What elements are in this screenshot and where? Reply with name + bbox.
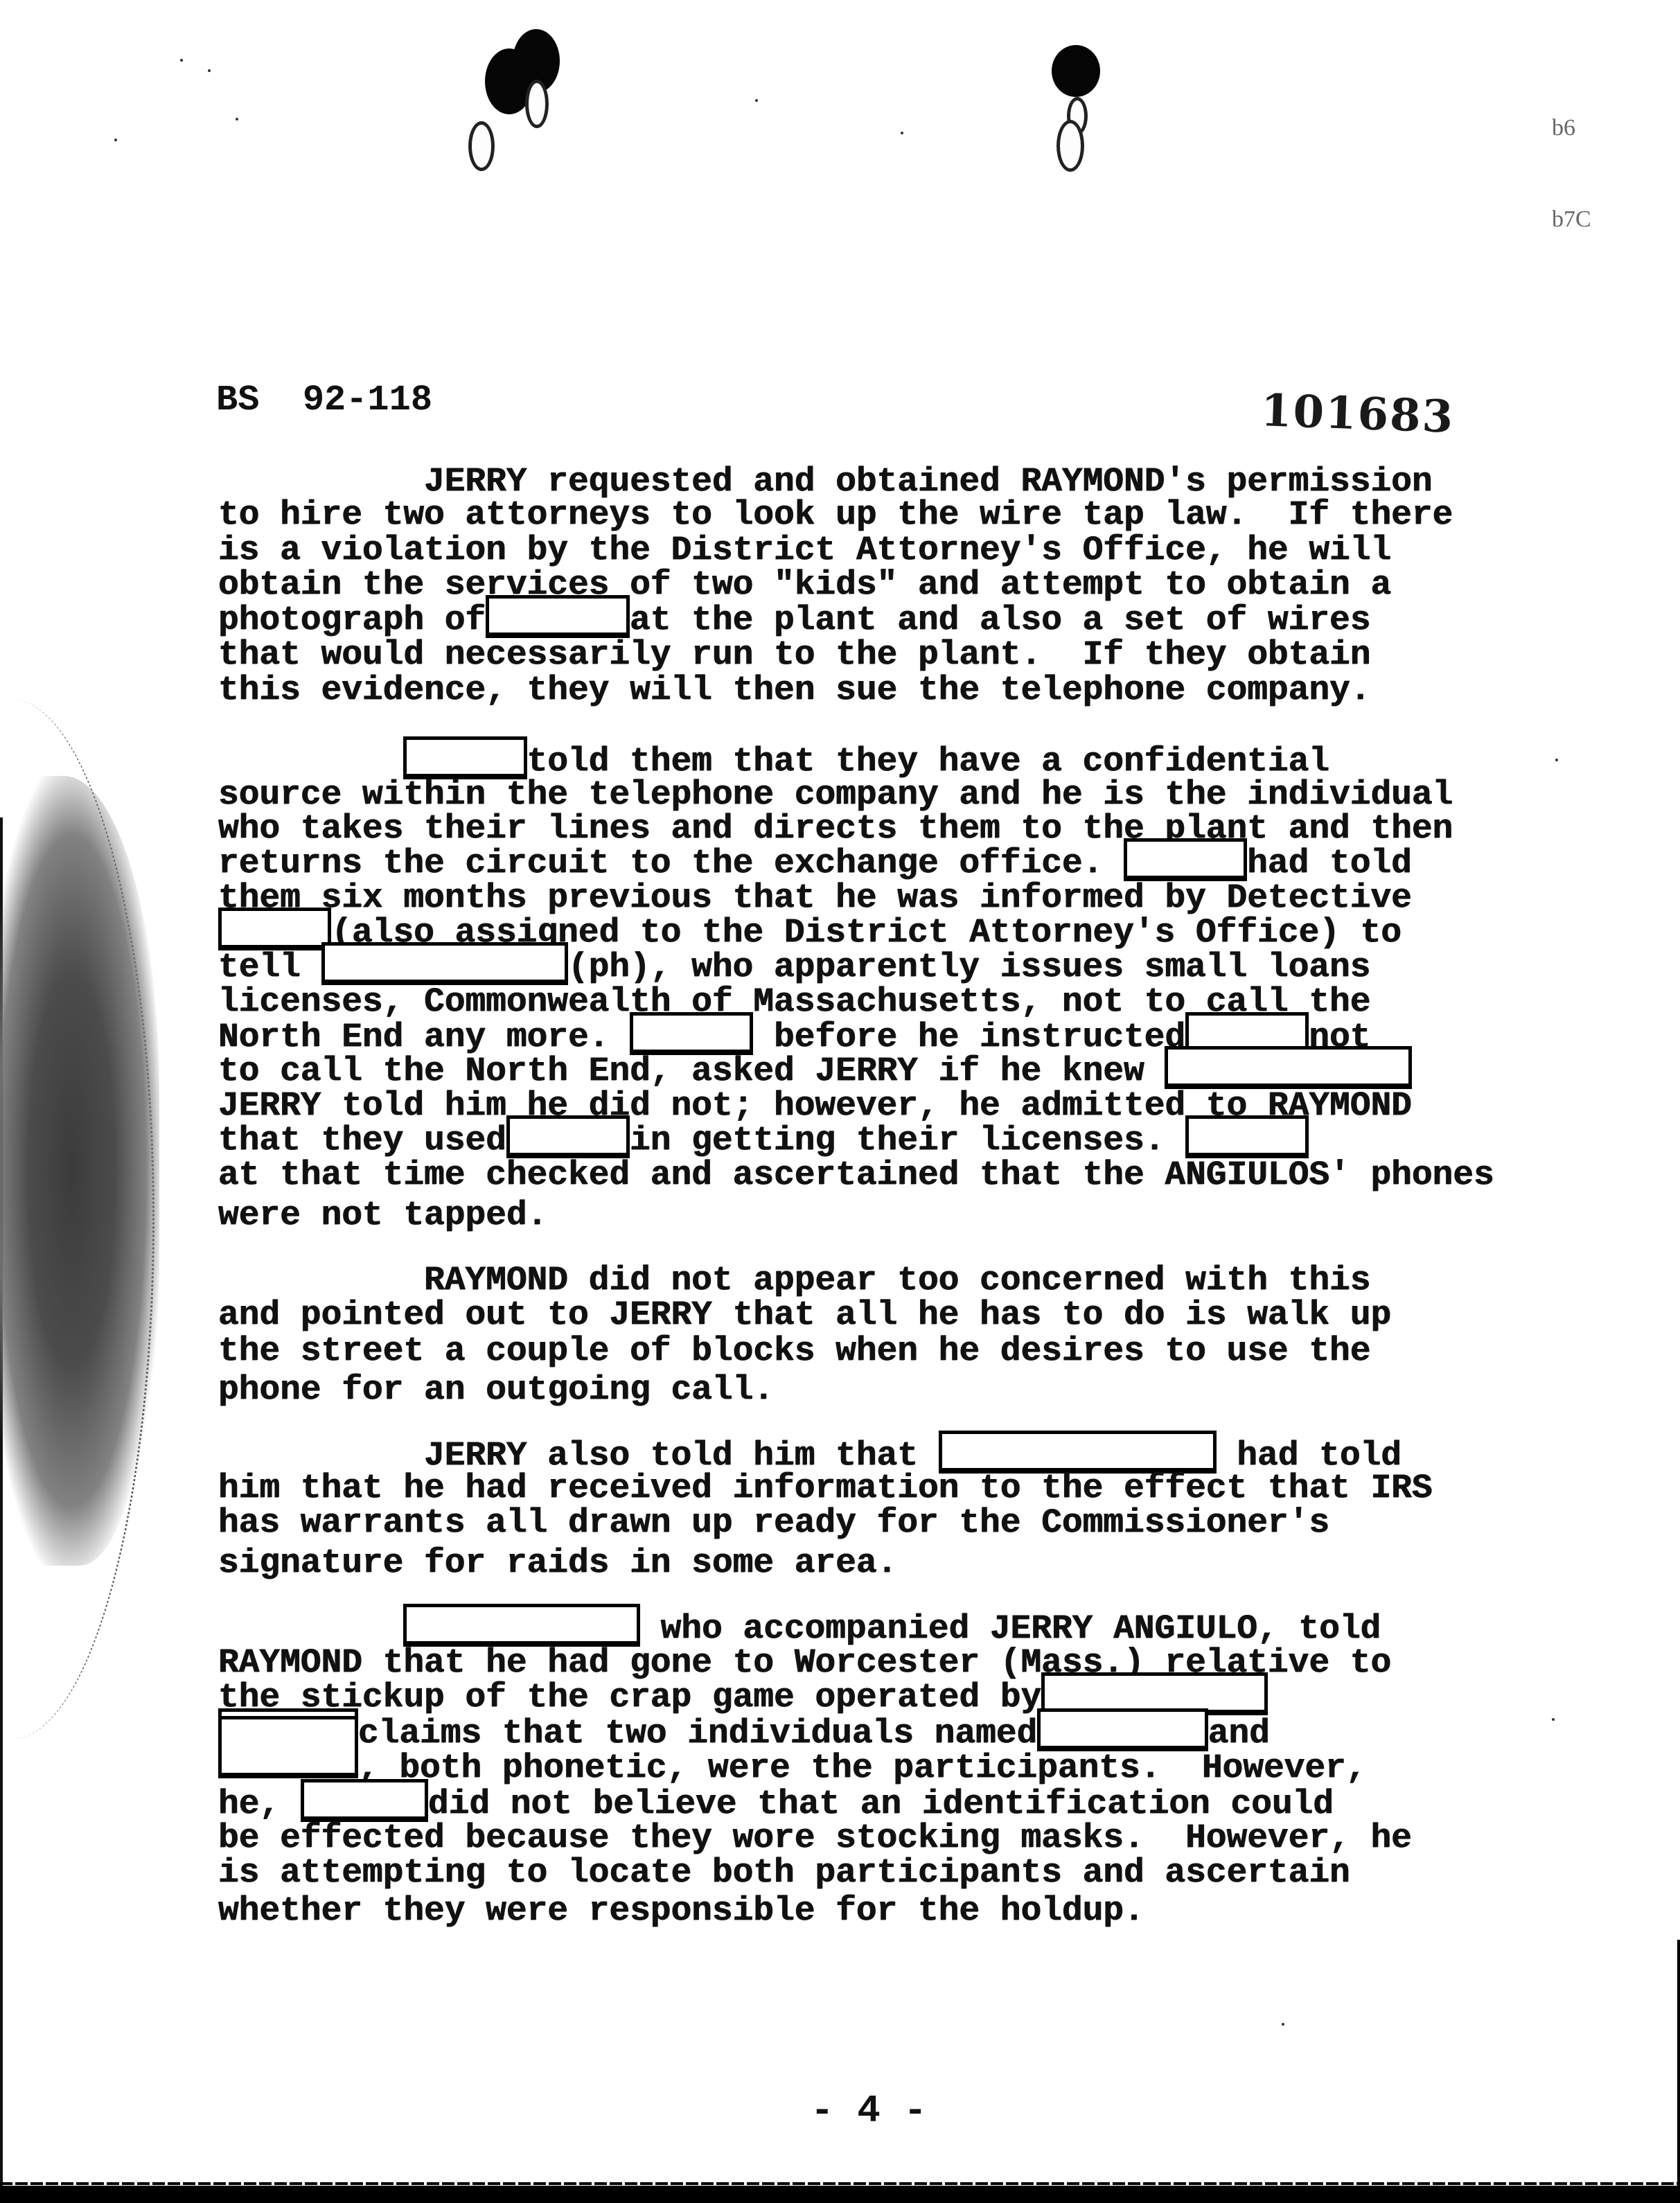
text-line: this evidence, they will then sue the te…	[218, 673, 1370, 707]
redaction-box	[403, 736, 527, 779]
text-segment: is attempting to locate both participant…	[218, 1853, 1350, 1892]
redaction-box	[403, 1604, 640, 1647]
text-line: to hire two attorneys to look up the wir…	[218, 497, 1453, 532]
speck	[1282, 2023, 1284, 2026]
text-line: phone for an outgoing call.	[218, 1372, 774, 1407]
text-segment: the street a couple of blocks when he de…	[218, 1331, 1370, 1370]
speck	[901, 132, 903, 134]
text-line: whether they were responsible for the ho…	[218, 1893, 1144, 1928]
text-segment: signature for raids in some area.	[218, 1543, 897, 1582]
text-segment: were not tapped.	[218, 1196, 547, 1235]
text-segment: phone for an outgoing call.	[218, 1370, 774, 1409]
redaction-box	[218, 1716, 358, 1778]
text-line: to call the North End, asked JERRY if he…	[218, 1053, 1412, 1089]
text-line: that they usedin getting their licenses.	[218, 1122, 1309, 1158]
speck	[1555, 759, 1558, 761]
text-segment: , both phonetic, were the participants. …	[358, 1749, 1367, 1787]
text-line: were not tapped.	[218, 1198, 547, 1232]
text-line: claims that two individuals namedand	[218, 1715, 1270, 1751]
redaction-box	[218, 908, 331, 950]
redaction-box	[486, 595, 630, 638]
text-line: him that he had received information to …	[218, 1471, 1433, 1505]
text-line: tell (ph), who apparently issues small l…	[218, 949, 1370, 985]
text-line: photograph ofat the plant and also a set…	[218, 602, 1370, 638]
punch-hole-icon	[1052, 45, 1100, 97]
page-bottom-edge	[0, 2182, 1680, 2185]
punch-hole-icon	[1056, 120, 1084, 172]
text-segment	[218, 1609, 403, 1648]
text-line: the street a couple of blocks when he de…	[218, 1334, 1370, 1368]
text-line: signature for raids in some area.	[218, 1546, 897, 1580]
text-line: them six months previous that he was inf…	[218, 881, 1412, 915]
page-number: - 4 -	[811, 2089, 927, 2133]
text-segment: tell	[218, 948, 321, 987]
text-segment: this evidence, they will then sue the te…	[218, 671, 1370, 709]
text-segment: he,	[218, 1785, 301, 1823]
text-line: RAYMOND did not appear too concerned wit…	[218, 1263, 1370, 1298]
text-line: and pointed out to JERRY that all he has…	[218, 1298, 1391, 1332]
redaction-box	[1165, 1046, 1411, 1089]
exemption-code: b7C	[1552, 204, 1591, 235]
text-segment: to hire two attorneys to look up the wir…	[218, 495, 1453, 534]
text-segment: in getting their licenses.	[630, 1121, 1185, 1160]
text-segment: source within the telephone company and …	[218, 775, 1453, 814]
text-line: is a violation by the District Attorney'…	[218, 533, 1391, 567]
text-segment: has warrants all drawn up ready for the …	[218, 1503, 1329, 1542]
text-segment: them six months previous that he was inf…	[218, 878, 1412, 917]
scan-bottom-band	[0, 2186, 1680, 2203]
speck	[1552, 1718, 1555, 1721]
serial-stamp: 101683	[1260, 384, 1456, 443]
text-segment: and pointed out to JERRY that all he has…	[218, 1295, 1391, 1334]
text-segment: returns the circuit to the exchange offi…	[218, 844, 1124, 883]
punch-hole-icon	[468, 121, 495, 171]
redaction-box	[1124, 838, 1247, 881]
redaction-box	[1185, 1115, 1309, 1158]
text-segment: who accompanied JERRY ANGIULO, told	[640, 1609, 1381, 1648]
page-right-edge-shadow	[1677, 1940, 1680, 2203]
text-segment: him that he had received information to …	[218, 1469, 1433, 1507]
text-segment: whether they were responsible for the ho…	[218, 1891, 1144, 1930]
text-segment: to call the North End, asked JERRY if he…	[218, 1052, 1165, 1090]
punch-hole-icon	[525, 80, 549, 128]
text-line: has warrants all drawn up ready for the …	[218, 1505, 1329, 1540]
speck	[114, 139, 117, 141]
text-line: who accompanied JERRY ANGIULO, told	[218, 1611, 1381, 1647]
speck	[180, 59, 183, 62]
exemption-codes: b6 b7C	[1552, 52, 1591, 296]
redaction-box	[939, 1431, 1217, 1474]
text-line: obtain the services of two "kids" and at…	[218, 567, 1391, 602]
text-segment: obtain the services of two "kids" and at…	[218, 565, 1391, 604]
text-line: he, did not believe that an identificati…	[218, 1786, 1334, 1822]
speck	[208, 69, 211, 72]
text-segment: North End any more.	[218, 1018, 630, 1056]
text-segment: is a violation by the District Attorney'…	[218, 531, 1391, 569]
text-segment: that would necessarily run to the plant.…	[218, 635, 1370, 674]
text-segment: had told	[1247, 844, 1412, 883]
document-page: b6 b7C BS 92-118 101683 JERRY requested …	[0, 0, 1680, 2203]
text-segment: (ph), who apparently issues small loans	[568, 948, 1371, 987]
text-segment: be effected because they wore stocking m…	[218, 1819, 1412, 1857]
text-segment: did not believe that an identification c…	[428, 1785, 1334, 1823]
text-line: be effected because they wore stocking m…	[218, 1821, 1412, 1855]
exemption-code: b6	[1552, 113, 1591, 143]
text-segment: that they used	[218, 1121, 506, 1160]
file-number: BS 92-118	[216, 380, 432, 421]
text-segment: photograph of	[218, 601, 486, 639]
speck	[755, 99, 758, 102]
text-segment: claims that two individuals named	[358, 1714, 1037, 1753]
scan-smudge	[0, 776, 159, 1566]
text-segment: and	[1208, 1714, 1270, 1753]
text-segment: RAYMOND did not appear too concerned wit…	[218, 1261, 1370, 1300]
redaction-box	[630, 1012, 753, 1055]
redaction-box	[1037, 1708, 1208, 1751]
text-line: is attempting to locate both participant…	[218, 1855, 1350, 1890]
text-line: told them that they have a confidential	[218, 743, 1329, 779]
speck	[236, 118, 238, 121]
text-line: source within the telephone company and …	[218, 777, 1453, 812]
text-line: who takes their lines and directs them t…	[218, 811, 1453, 846]
text-line: JERRY requested and obtained RAYMOND's p…	[218, 464, 1433, 499]
redaction-box	[301, 1779, 428, 1822]
text-segment: who takes their lines and directs them t…	[218, 809, 1453, 848]
text-segment: at that time checked and ascertained tha…	[218, 1156, 1494, 1194]
text-line: that would necessarily run to the plant.…	[218, 637, 1370, 672]
text-line: returns the circuit to the exchange offi…	[218, 845, 1412, 881]
text-segment: at the plant and also a set of wires	[630, 601, 1370, 639]
text-segment: before he instructed	[753, 1018, 1185, 1056]
text-line: at that time checked and ascertained tha…	[218, 1158, 1494, 1192]
redaction-box	[506, 1115, 630, 1158]
redaction-box	[321, 942, 568, 985]
